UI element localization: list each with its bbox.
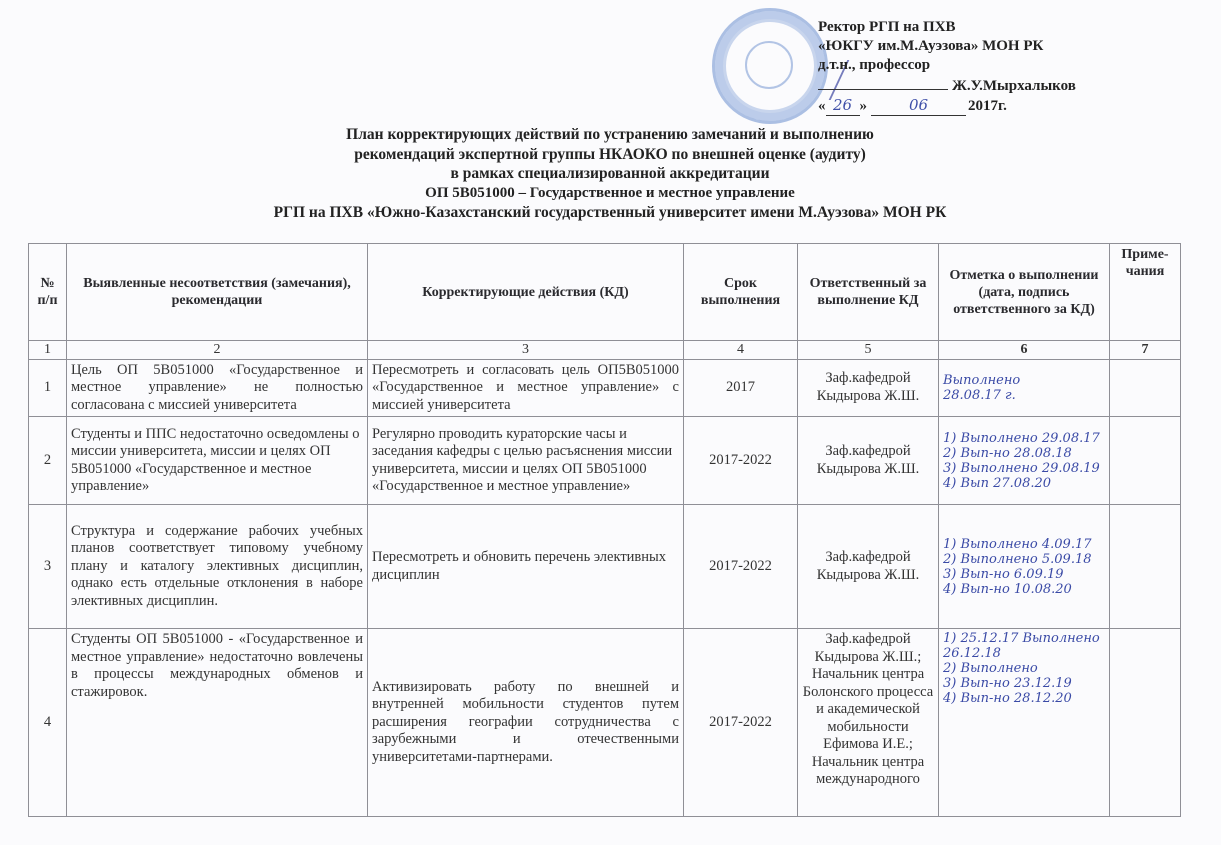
table-row: 2 Студенты и ППС недостаточно осведомлен…: [29, 417, 1181, 505]
university-title: РГП на ПХВ «Южно-Казахстанский государст…: [150, 203, 1070, 223]
signature-row: Ж.У.Мырхалыков: [818, 75, 1076, 96]
approval-block: Ректор РГП на ПХВ «ЮКГУ им.М.Ауэзова» МО…: [818, 18, 1076, 116]
row-notes: [1110, 359, 1181, 417]
approval-line: Ректор РГП на ПХВ: [818, 18, 1076, 37]
completion-entry: 3) Вып-но 23.12.19: [943, 676, 1105, 691]
column-number: 2: [67, 341, 368, 360]
signatory-name: Ж.У.Мырхалыков: [952, 77, 1076, 96]
row-deadline: 2017-2022: [684, 505, 798, 629]
row-notes: [1110, 505, 1181, 629]
row-deadline: 2017: [684, 359, 798, 417]
row-number: 3: [29, 505, 67, 629]
row-completion: 1) 25.12.17 Выполнено 26.12.18 2) Выполн…: [939, 629, 1110, 817]
header-notes: Приме-чания: [1110, 244, 1181, 341]
row-responsible: Заф.кафедрой Кыдырова Ж.Ш.; Начальник це…: [798, 629, 939, 817]
title-line: в рамках специализированной аккредитации: [150, 164, 1070, 184]
quote-open: «: [818, 97, 826, 116]
quote-close: »: [860, 97, 868, 116]
completion-entry: 4) Вып-но 28.12.20: [943, 691, 1105, 706]
column-number: 3: [368, 341, 684, 360]
row-notes: [1110, 629, 1181, 817]
row-deadline: 2017-2022: [684, 417, 798, 505]
completion-entry: 4) Вып 27.08.20: [943, 476, 1105, 491]
header-deadline: Срок выполнения: [684, 244, 798, 341]
program-title: ОП 5В051000 – Государственное и местное …: [150, 184, 1070, 204]
row-responsible: Заф.кафедрой Кыдырова Ж.Ш.: [798, 505, 939, 629]
header-finding: Выявленные несоответствия (замечания), р…: [67, 244, 368, 341]
column-number: 7: [1110, 341, 1181, 360]
completion-entry: 2) Выполнено: [943, 661, 1105, 676]
column-number-row: 1 2 3 4 5 6 7: [29, 341, 1181, 360]
row-finding: Цель ОП 5В051000 «Государственное и мест…: [67, 359, 368, 417]
completion-entry: 4) Вып-но 10.08.20: [943, 582, 1105, 597]
row-action: Активизировать работу по внешней и внутр…: [368, 629, 684, 817]
completion-entry: 1) Выполнено 29.08.17: [943, 431, 1105, 446]
completion-entry: 1) Выполнено 4.09.17: [943, 537, 1105, 552]
row-notes: [1110, 417, 1181, 505]
header-action: Корректирующие действия (КД): [368, 244, 684, 341]
date-month: 06: [871, 96, 966, 116]
corrective-actions-table: № п/п Выявленные несоответствия (замечан…: [28, 243, 1181, 817]
column-number: 4: [684, 341, 798, 360]
title-line: План корректирующих действий по устранен…: [150, 125, 1070, 145]
table-header-row: № п/п Выявленные несоответствия (замечан…: [29, 244, 1181, 341]
row-action: Пересмотреть и обновить перечень электив…: [368, 505, 684, 629]
table-row: 3 Структура и содержание рабочих учебных…: [29, 505, 1181, 629]
signature-line: [818, 75, 948, 90]
approval-line: д.т.н., профессор: [818, 56, 1076, 75]
row-number: 2: [29, 417, 67, 505]
completion-entry: 2) Выполнено 5.09.18: [943, 552, 1105, 567]
completion-entry: 3) Выполнено 29.08.19: [943, 461, 1105, 476]
approval-date: « 26 » 06 2017г.: [818, 96, 1076, 116]
table-row: 1 Цель ОП 5В051000 «Государственное и ме…: [29, 359, 1181, 417]
row-completion: 1) Выполнено 29.08.17 2) Вып-но 28.08.18…: [939, 417, 1110, 505]
completion-entry: Выполнено: [943, 373, 1105, 388]
column-number: 6: [939, 341, 1110, 360]
date-day: 26: [826, 96, 860, 116]
row-finding: Структура и содержание рабочих учебных п…: [67, 505, 368, 629]
row-number: 1: [29, 359, 67, 417]
row-action: Пересмотреть и согласовать цель ОП5В0510…: [368, 359, 684, 417]
date-year: 2017г.: [968, 97, 1007, 116]
row-deadline: 2017-2022: [684, 629, 798, 817]
header-number: № п/п: [29, 244, 67, 341]
table-row: 4 Студенты ОП 5В051000 - «Государственно…: [29, 629, 1181, 817]
completion-entry: 1) 25.12.17 Выполнено: [943, 631, 1105, 646]
column-number: 1: [29, 341, 67, 360]
column-number: 5: [798, 341, 939, 360]
title-line: рекомендаций экспертной группы НКАОКО по…: [150, 145, 1070, 165]
approval-line: «ЮКГУ им.М.Ауэзова» МОН РК: [818, 37, 1076, 56]
completion-entry: 28.08.17 г.: [943, 388, 1105, 403]
row-action: Регулярно проводить кураторские часы и з…: [368, 417, 684, 505]
row-responsible: Заф.кафедрой Кыдырова Ж.Ш.: [798, 417, 939, 505]
row-responsible: Заф.кафедрой Кыдырова Ж.Ш.: [798, 359, 939, 417]
row-number: 4: [29, 629, 67, 817]
row-completion: Выполнено 28.08.17 г.: [939, 359, 1110, 417]
official-stamp-icon: [712, 8, 828, 124]
header-responsible: Ответственный за выполнение КД: [798, 244, 939, 341]
completion-entry: 2) Вып-но 28.08.18: [943, 446, 1105, 461]
completion-entry: 26.12.18: [943, 646, 1105, 661]
row-finding: Студенты и ППС недостаточно осведомлены …: [67, 417, 368, 505]
row-finding: Студенты ОП 5В051000 - «Государственное …: [67, 629, 368, 817]
document-title: План корректирующих действий по устранен…: [150, 125, 1070, 223]
completion-entry: 3) Вып-но 6.09.19: [943, 567, 1105, 582]
row-completion: 1) Выполнено 4.09.17 2) Выполнено 5.09.1…: [939, 505, 1110, 629]
document-page: Ректор РГП на ПХВ «ЮКГУ им.М.Ауэзова» МО…: [0, 0, 1221, 845]
header-completion: Отметка о выполнении (дата, подпись отве…: [939, 244, 1110, 341]
